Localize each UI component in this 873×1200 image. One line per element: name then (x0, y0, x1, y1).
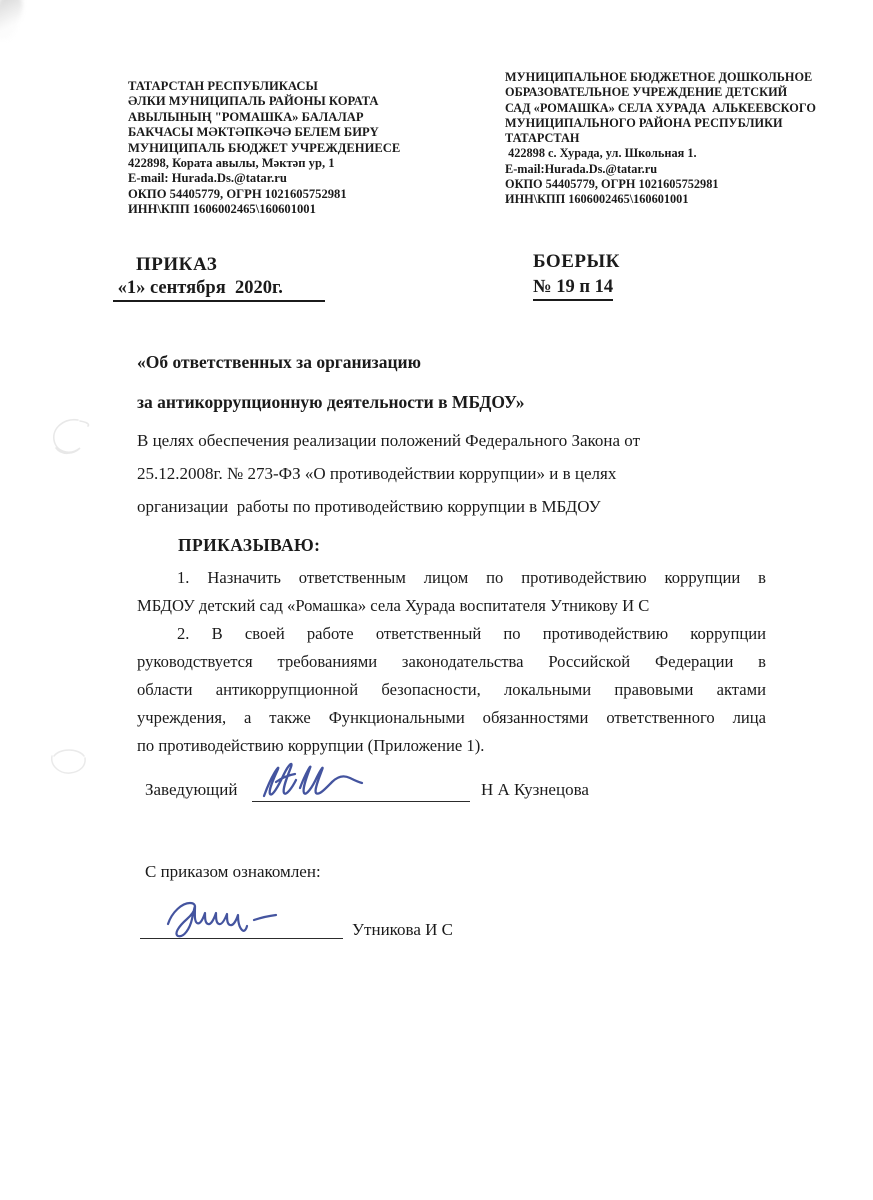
letterhead-line: МУНИЦИПАЛЬНОЕ БЮДЖЕТНОЕ ДОШКОЛЬНОЕ (505, 70, 860, 85)
order-title-tat: БОЕРЫК (533, 251, 620, 273)
preamble-line: В целях обеспечения реализации положений… (137, 424, 777, 457)
order-date: «1» сентября 2020г. (113, 278, 325, 302)
letterhead-line: ИНН\КПП 1606002465\160601001 (505, 192, 860, 207)
letterhead-line: МУНИЦИПАЛЬ БЮДЖЕТ УЧРЕЖДЕНИЕСЕ (128, 141, 458, 156)
pencil-mark-artifact (44, 742, 96, 784)
order-item-line: учреждения, а также Функциональными обяз… (137, 704, 766, 732)
order-title-ru: ПРИКАЗ (136, 254, 217, 276)
order-items: 1. Назначить ответственным лицом по прот… (137, 564, 766, 760)
ack-signatory-name: Утникова И С (352, 920, 453, 940)
order-item-line: 1. Назначить ответственным лицом по прот… (137, 564, 766, 592)
order-item-line: по противодействию коррупции (Приложение… (137, 732, 766, 760)
order-item-line: 2. В своей работе ответственный по проти… (137, 620, 766, 648)
order-number: № 19 п 14 (533, 277, 613, 301)
ack-label: С приказом ознакомлен: (145, 862, 321, 882)
preamble-paragraph: В целях обеспечения реализации положений… (137, 424, 777, 523)
head-signature-ink-image (256, 758, 368, 802)
signature-role-label: Заведующий (145, 780, 237, 800)
letterhead-line: ИНН\КПП 1606002465\160601001 (128, 202, 458, 217)
letterhead-line: ОКПО 54405779, ОГРН 1021605752981 (128, 187, 458, 202)
letterhead-right-block: МУНИЦИПАЛЬНОЕ БЮДЖЕТНОЕ ДОШКОЛЬНОЕ ОБРАЗ… (505, 70, 860, 208)
subject-line-1: «Об ответственных за организацию (137, 352, 421, 373)
order-item-line: МБДОУ детский сад «Ромашка» села Хурада … (137, 592, 766, 620)
letterhead-line: ӘЛКИ МУНИЦИПАЛЬ РАЙОНЫ КОРАТА (128, 94, 458, 109)
letterhead-line: САД «РОМАШКА» СЕЛА ХУРАДА АЛЬКЕЕВСКОГО (505, 101, 860, 116)
letterhead-line: БАКЧАСЫ МӘКТӘПКӘЧӘ БЕЛЕМ БИРҮ (128, 125, 458, 140)
preamble-line: 25.12.2008г. № 273-ФЗ «О противодействии… (137, 457, 777, 490)
ack-signature-ink-image (160, 896, 290, 942)
decree-word: ПРИКАЗЫВАЮ: (178, 535, 320, 556)
letterhead-left-block: ТАТАРСТАН РЕСПУБЛИКАСЫ ӘЛКИ МУНИЦИПАЛЬ Р… (128, 79, 458, 218)
subject-line-2: за антикоррупционную деятельности в МБДО… (137, 392, 525, 413)
letterhead-line: E-mail: Hurada.Ds.@tatar.ru (128, 171, 458, 186)
letterhead-line: ОБРАЗОВАТЕЛЬНОЕ УЧРЕЖДЕНИЕ ДЕТСКИЙ (505, 85, 860, 100)
letterhead-line: ТАТАРСТАН (505, 131, 860, 146)
letterhead-line: МУНИЦИПАЛЬНОГО РАЙОНА РЕСПУБЛИКИ (505, 116, 860, 131)
order-item-line: руководствуется требованиями законодател… (137, 648, 766, 676)
letterhead-line: ТАТАРСТАН РЕСПУБЛИКАСЫ (128, 79, 458, 94)
preamble-line: организации работы по противодействию ко… (137, 490, 777, 523)
corner-smudge-artifact (0, 0, 27, 43)
signatory-name: Н А Кузнецова (481, 780, 589, 800)
pencil-mark-artifact (44, 412, 104, 464)
letterhead-line: АВЫЛЫНЫҢ "РОМАШКА» БАЛАЛАР (128, 110, 458, 125)
scanned-order-document: ТАТАРСТАН РЕСПУБЛИКАСЫ ӘЛКИ МУНИЦИПАЛЬ Р… (0, 0, 873, 1200)
letterhead-line: 422898 с. Хурада, ул. Школьная 1. (505, 146, 860, 161)
order-item-line: области антикоррупционной безопасности, … (137, 676, 766, 704)
letterhead-line: E-mail:Hurada.Ds.@tatar.ru (505, 162, 860, 177)
letterhead-line: ОКПО 54405779, ОГРН 1021605752981 (505, 177, 860, 192)
letterhead-line: 422898, Кората авылы, Мәктәп ур, 1 (128, 156, 458, 171)
